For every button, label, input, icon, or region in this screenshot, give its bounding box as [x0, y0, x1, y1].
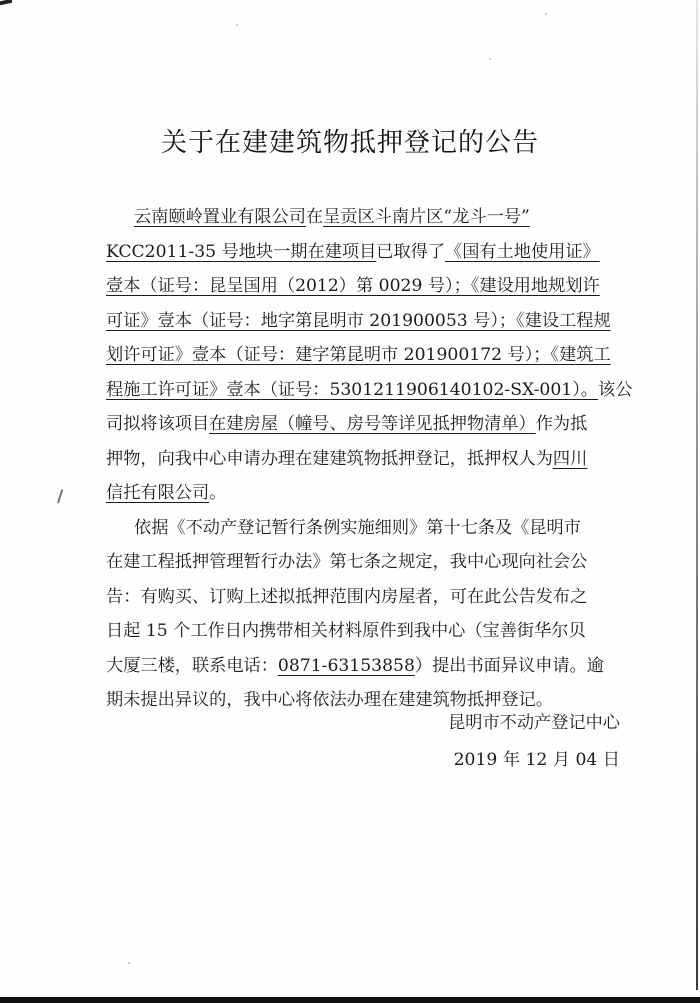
scan-speck — [236, 24, 238, 26]
text-line: 在建工程抵押管理暂行办法》第七条之规定，我中心现向社会公 — [106, 545, 616, 580]
text-line: 壹本（证号：昆呈国用（2012）第 0029 号）；《建设用地规划许 — [106, 269, 616, 304]
text-run: 在建工程抵押管理暂行办法》第七条之规定，我中心现向社会公 — [106, 552, 587, 572]
underlined-text: 呈贡区斗南片区“龙斗一号” — [323, 207, 530, 227]
text-line: 依据《不动产登记暂行条例实施细则》第十七条及《昆明市 — [106, 511, 616, 546]
text-run: 押物，向我中心申请办理在建建筑物抵押登记，抵押权人为 — [106, 449, 553, 469]
document-title: 关于在建建筑物抵押登记的公告 — [0, 122, 700, 159]
underlined-text: 0871-63153858 — [278, 656, 415, 676]
underlined-text: 云南颐岭置业有限公司 — [134, 207, 306, 227]
text-run: 在 — [306, 207, 323, 227]
text-run: 已取得了 — [376, 242, 445, 262]
text-run: 该公 — [598, 380, 632, 400]
paragraph-mortgage-details: 云南颐岭置业有限公司在呈贡区斗南片区“龙斗一号”KCC2011-35 号地块一期… — [106, 200, 616, 511]
text-line: 程施工许可证》壹本（证号：5301211906140102-SX-001）。该公 — [106, 373, 616, 408]
text-line: 告：有购买、订购上述拟抵押范围内房屋者，可在此公告发布之 — [106, 580, 616, 615]
underlined-text: 在建房屋（幢号、房号等详见抵押物清单） — [209, 414, 536, 434]
stray-pen-mark — [57, 489, 67, 504]
underlined-text: KCC2011-35 号地块一期在建项目 — [106, 242, 376, 262]
scan-speck — [128, 962, 130, 964]
text-line: 云南颐岭置业有限公司在呈贡区斗南片区“龙斗一号” — [106, 200, 616, 235]
scan-speck — [489, 58, 491, 60]
text-line: 可证》壹本（证号：地字第昆明市 201900053 号）；《建设工程规 — [106, 304, 616, 339]
paragraph-legal-basis: 依据《不动产登记暂行条例实施细则》第十七条及《昆明市在建工程抵押管理暂行办法》第… — [106, 511, 616, 718]
underlined-text: 《国有土地使用证》 — [445, 242, 600, 262]
text-run: 司拟将该项目 — [106, 414, 209, 434]
text-run: 期未提出异议的，我中心将依法办理在建建筑物抵押登记。 — [106, 690, 553, 710]
text-run: 日起 15 个工作日内携带相关材料原件到我中心（宝善街华尔贝 — [106, 621, 586, 641]
text-line: 大厦三楼，联系电话：0871-63153858）提出书面异议申请。逾 — [106, 649, 616, 684]
underlined-text: 信托有限公司 — [106, 483, 209, 503]
issuing-organization: 昆明市不动产登记中心 — [0, 708, 620, 733]
document-body: 云南颐岭置业有限公司在呈贡区斗南片区“龙斗一号”KCC2011-35 号地块一期… — [106, 200, 616, 718]
text-run: ）提出书面异议申请。逾 — [415, 656, 604, 676]
underlined-text: 壹本（证号：昆呈国用（2012）第 0029 号）；《建设用地规划许 — [106, 276, 600, 296]
text-line: KCC2011-35 号地块一期在建项目已取得了《国有土地使用证》 — [106, 235, 616, 270]
page-bottom-edge — [0, 997, 700, 1003]
underlined-text: 可证》壹本（证号：地字第昆明市 201900053 号）；《建设工程规 — [106, 311, 611, 331]
underlined-text: 四川 — [553, 449, 587, 469]
text-run: 依据《不动产登记暂行条例实施细则》第十七条及《昆明市 — [134, 518, 581, 538]
text-line: 司拟将该项目在建房屋（幢号、房号等详见抵押物清单）作为抵 — [106, 407, 616, 442]
text-line: 划许可证》壹本（证号：建字第昆明市 201900172 号）；《建筑工 — [106, 338, 616, 373]
scan-corner-artifact — [0, 0, 12, 5]
scanned-page: 关于在建建筑物抵押登记的公告 云南颐岭置业有限公司在呈贡区斗南片区“龙斗一号”K… — [0, 0, 700, 1003]
text-run: 告：有购买、订购上述拟抵押范围内房屋者，可在此公告发布之 — [106, 587, 587, 607]
text-line: 押物，向我中心申请办理在建建筑物抵押登记，抵押权人为四川 — [106, 442, 616, 477]
text-run: 作为抵 — [536, 414, 588, 434]
underlined-text: 划许可证》壹本（证号：建字第昆明市 201900172 号）；《建筑工 — [106, 345, 611, 365]
text-run: 。 — [209, 483, 226, 503]
underlined-text: 程施工许可证》壹本（证号：5301211906140102-SX-001）。 — [106, 380, 598, 400]
text-run: 大厦三楼，联系电话： — [106, 656, 278, 676]
issue-date: 2019 年 12 月 04 日 — [0, 745, 620, 770]
scan-speck — [545, 13, 547, 15]
text-line: 日起 15 个工作日内携带相关材料原件到我中心（宝善街华尔贝 — [106, 614, 616, 649]
text-line: 信托有限公司。 — [106, 476, 616, 511]
